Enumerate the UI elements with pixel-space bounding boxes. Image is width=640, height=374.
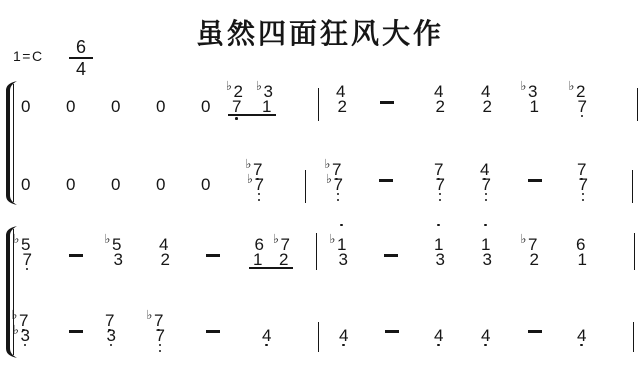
flat-accidental-icon: ♭	[569, 80, 575, 93]
sustain-dash	[69, 330, 83, 333]
sustain-dash	[206, 330, 220, 333]
note-digit: 3	[436, 251, 445, 268]
octave-dot-below	[342, 344, 345, 347]
barline	[633, 322, 634, 352]
rest-note: 0	[156, 176, 165, 193]
note-digit: 2	[161, 251, 170, 268]
system-start-barline	[13, 84, 14, 202]
octave-dot-above	[484, 224, 487, 227]
flat-accidental-icon: ♭	[246, 158, 252, 171]
note-digit: 1	[578, 251, 587, 268]
flat-accidental-icon: ♭	[325, 158, 331, 171]
note-digit: 4	[262, 327, 271, 344]
sustain-dash	[379, 179, 393, 182]
note-digit: 2	[530, 251, 539, 268]
note-digit: 1	[253, 251, 262, 268]
rest-note: 0	[111, 98, 120, 115]
note-digit: 4	[577, 327, 586, 344]
rest-note: 0	[156, 98, 165, 115]
score-area: 000002♭73♭14242423♭12♭7000007♭7♭7♭7♭7747…	[0, 0, 640, 374]
note-digit: 2	[483, 98, 492, 115]
octave-dot-below	[159, 350, 162, 353]
note-digit: 3	[339, 251, 348, 268]
sustain-dash	[528, 179, 542, 182]
octave-dot-above	[437, 224, 440, 227]
flat-accidental-icon: ♭	[12, 309, 18, 322]
octave-dot-below	[265, 344, 268, 347]
note-digit: 7	[334, 176, 343, 193]
rest-note: 0	[201, 176, 210, 193]
flat-accidental-icon: ♭	[247, 173, 253, 186]
barline	[318, 322, 319, 352]
flat-accidental-icon: ♭	[521, 80, 527, 93]
note-digit: 7	[436, 176, 445, 193]
sustain-dash	[206, 254, 220, 257]
note-digit: 2	[338, 98, 347, 115]
note-digit: 4	[481, 327, 490, 344]
sustain-dash	[528, 330, 542, 333]
note-digit: 7	[578, 98, 587, 115]
flat-accidental-icon: ♭	[226, 80, 232, 93]
note-digit: 4	[339, 327, 348, 344]
system-bracket	[5, 81, 18, 205]
sustain-dash	[69, 254, 83, 257]
octave-dot-below	[485, 199, 488, 202]
rest-note: 0	[21, 176, 30, 193]
octave-dot-below	[582, 199, 585, 202]
barline	[634, 233, 635, 270]
note-digit: 3	[107, 327, 116, 344]
barline	[318, 88, 319, 121]
flat-accidental-icon: ♭	[13, 324, 19, 337]
rest-note: 0	[111, 176, 120, 193]
note-digit: 1	[262, 98, 271, 115]
note-digit: 7	[482, 176, 491, 193]
octave-dot-below	[484, 344, 487, 347]
flat-accidental-icon: ♭	[14, 233, 20, 246]
sheet-music-page: 虽然四面狂风大作 1=C 6 4 000002♭73♭14242423♭12♭7…	[0, 0, 640, 374]
barline	[305, 170, 306, 203]
octave-dot-below	[337, 199, 340, 202]
note-digit: 7	[23, 251, 32, 268]
flat-accidental-icon: ♭	[330, 233, 336, 246]
sustain-dash	[385, 330, 399, 333]
note-digit: 3	[483, 251, 492, 268]
sustain-dash	[384, 254, 398, 257]
flat-accidental-icon: ♭	[105, 233, 111, 246]
note-digit: 1	[530, 98, 539, 115]
eighth-beam	[249, 267, 293, 269]
rest-note: 0	[21, 98, 30, 115]
octave-dot-below	[258, 199, 261, 202]
flat-accidental-icon: ♭	[147, 309, 153, 322]
sustain-dash	[380, 101, 394, 104]
note-digit: 7	[232, 98, 241, 115]
note-digit: 3	[114, 251, 123, 268]
note-digit: 3	[21, 327, 30, 344]
note-digit: 7	[579, 176, 588, 193]
note-digit: 4	[434, 327, 443, 344]
octave-dot-below	[437, 344, 440, 347]
note-digit: 7	[255, 176, 264, 193]
flat-accidental-icon: ♭	[326, 173, 332, 186]
octave-dot-above	[340, 224, 343, 227]
barline	[316, 233, 317, 270]
rest-note: 0	[201, 98, 210, 115]
rest-note: 0	[66, 176, 75, 193]
rest-note: 0	[66, 98, 75, 115]
octave-dot-below	[235, 117, 238, 120]
flat-accidental-icon: ♭	[256, 80, 262, 93]
octave-dot-below	[580, 344, 583, 347]
barline	[632, 170, 633, 203]
flat-accidental-icon: ♭	[521, 233, 527, 246]
note-digit: 7	[156, 327, 165, 344]
flat-accidental-icon: ♭	[273, 233, 279, 246]
eighth-beam	[228, 114, 276, 116]
note-digit: 2	[279, 251, 288, 268]
note-digit: 2	[436, 98, 445, 115]
octave-dot-below	[439, 199, 442, 202]
barline	[637, 88, 638, 121]
